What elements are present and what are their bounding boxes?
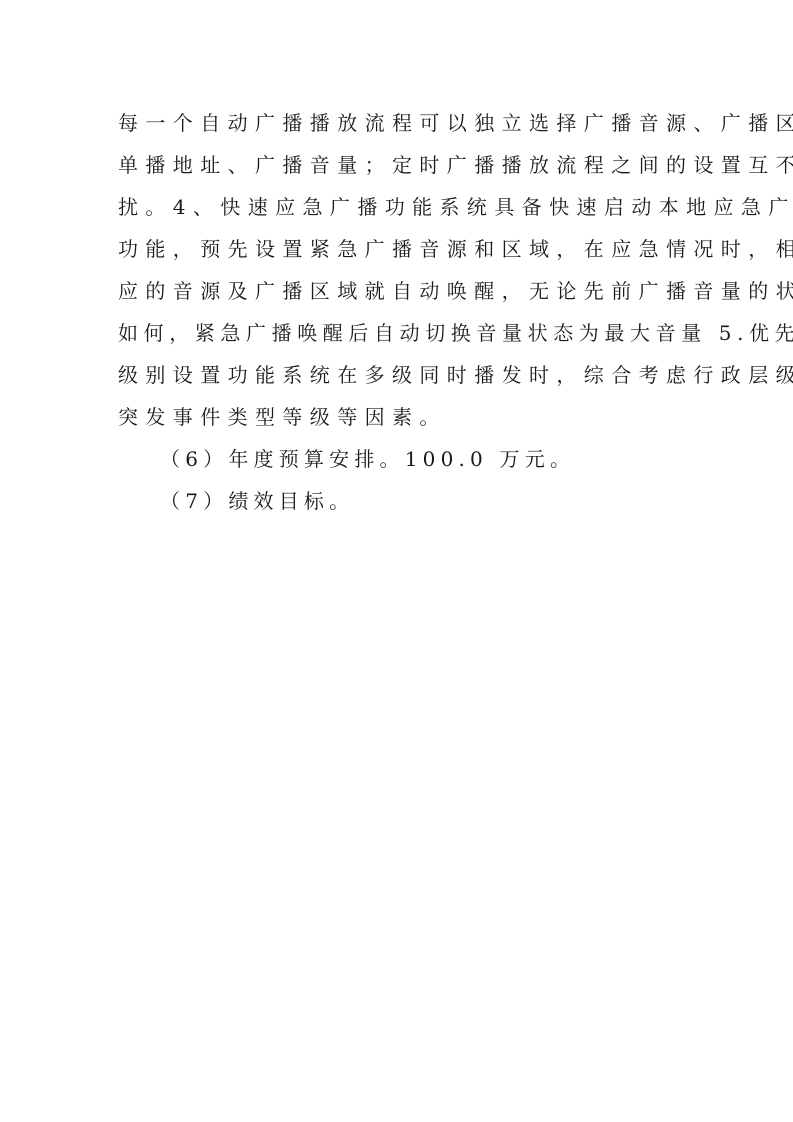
text-line: 单播地址、广播音量；定时广播播放流程之间的设置互不干: [118, 148, 680, 190]
text-line: 每一个自动广播播放流程可以独立选择广播音源、广播区域、: [118, 106, 680, 148]
text-line: 突发事件类型等级等因素。: [118, 400, 680, 442]
section-performance-goals: （7）绩效目标。: [118, 484, 680, 526]
section-annual-budget: （6）年度预算安排。100.0 万元。: [118, 442, 680, 484]
text-line: 应的音源及广播区域就自动唤醒，无论先前广播音量的状态: [118, 274, 680, 316]
document-page: 每一个自动广播播放流程可以独立选择广播音源、广播区域、 单播地址、广播音量；定时…: [118, 106, 680, 526]
paragraph-broadcast-features: 每一个自动广播播放流程可以独立选择广播音源、广播区域、 单播地址、广播音量；定时…: [118, 106, 680, 442]
text-line: 如何，紧急广播唤醒后自动切换音量状态为最大音量 5.优先: [118, 316, 680, 358]
text-line: 扰。4、快速应急广播功能系统具备快速启动本地应急广播: [118, 190, 680, 232]
text-line: 级别设置功能系统在多级同时播发时，综合考虑行政层级、: [118, 358, 680, 400]
text-line: 功能，预先设置紧急广播音源和区域，在应急情况时，相对: [118, 232, 680, 274]
